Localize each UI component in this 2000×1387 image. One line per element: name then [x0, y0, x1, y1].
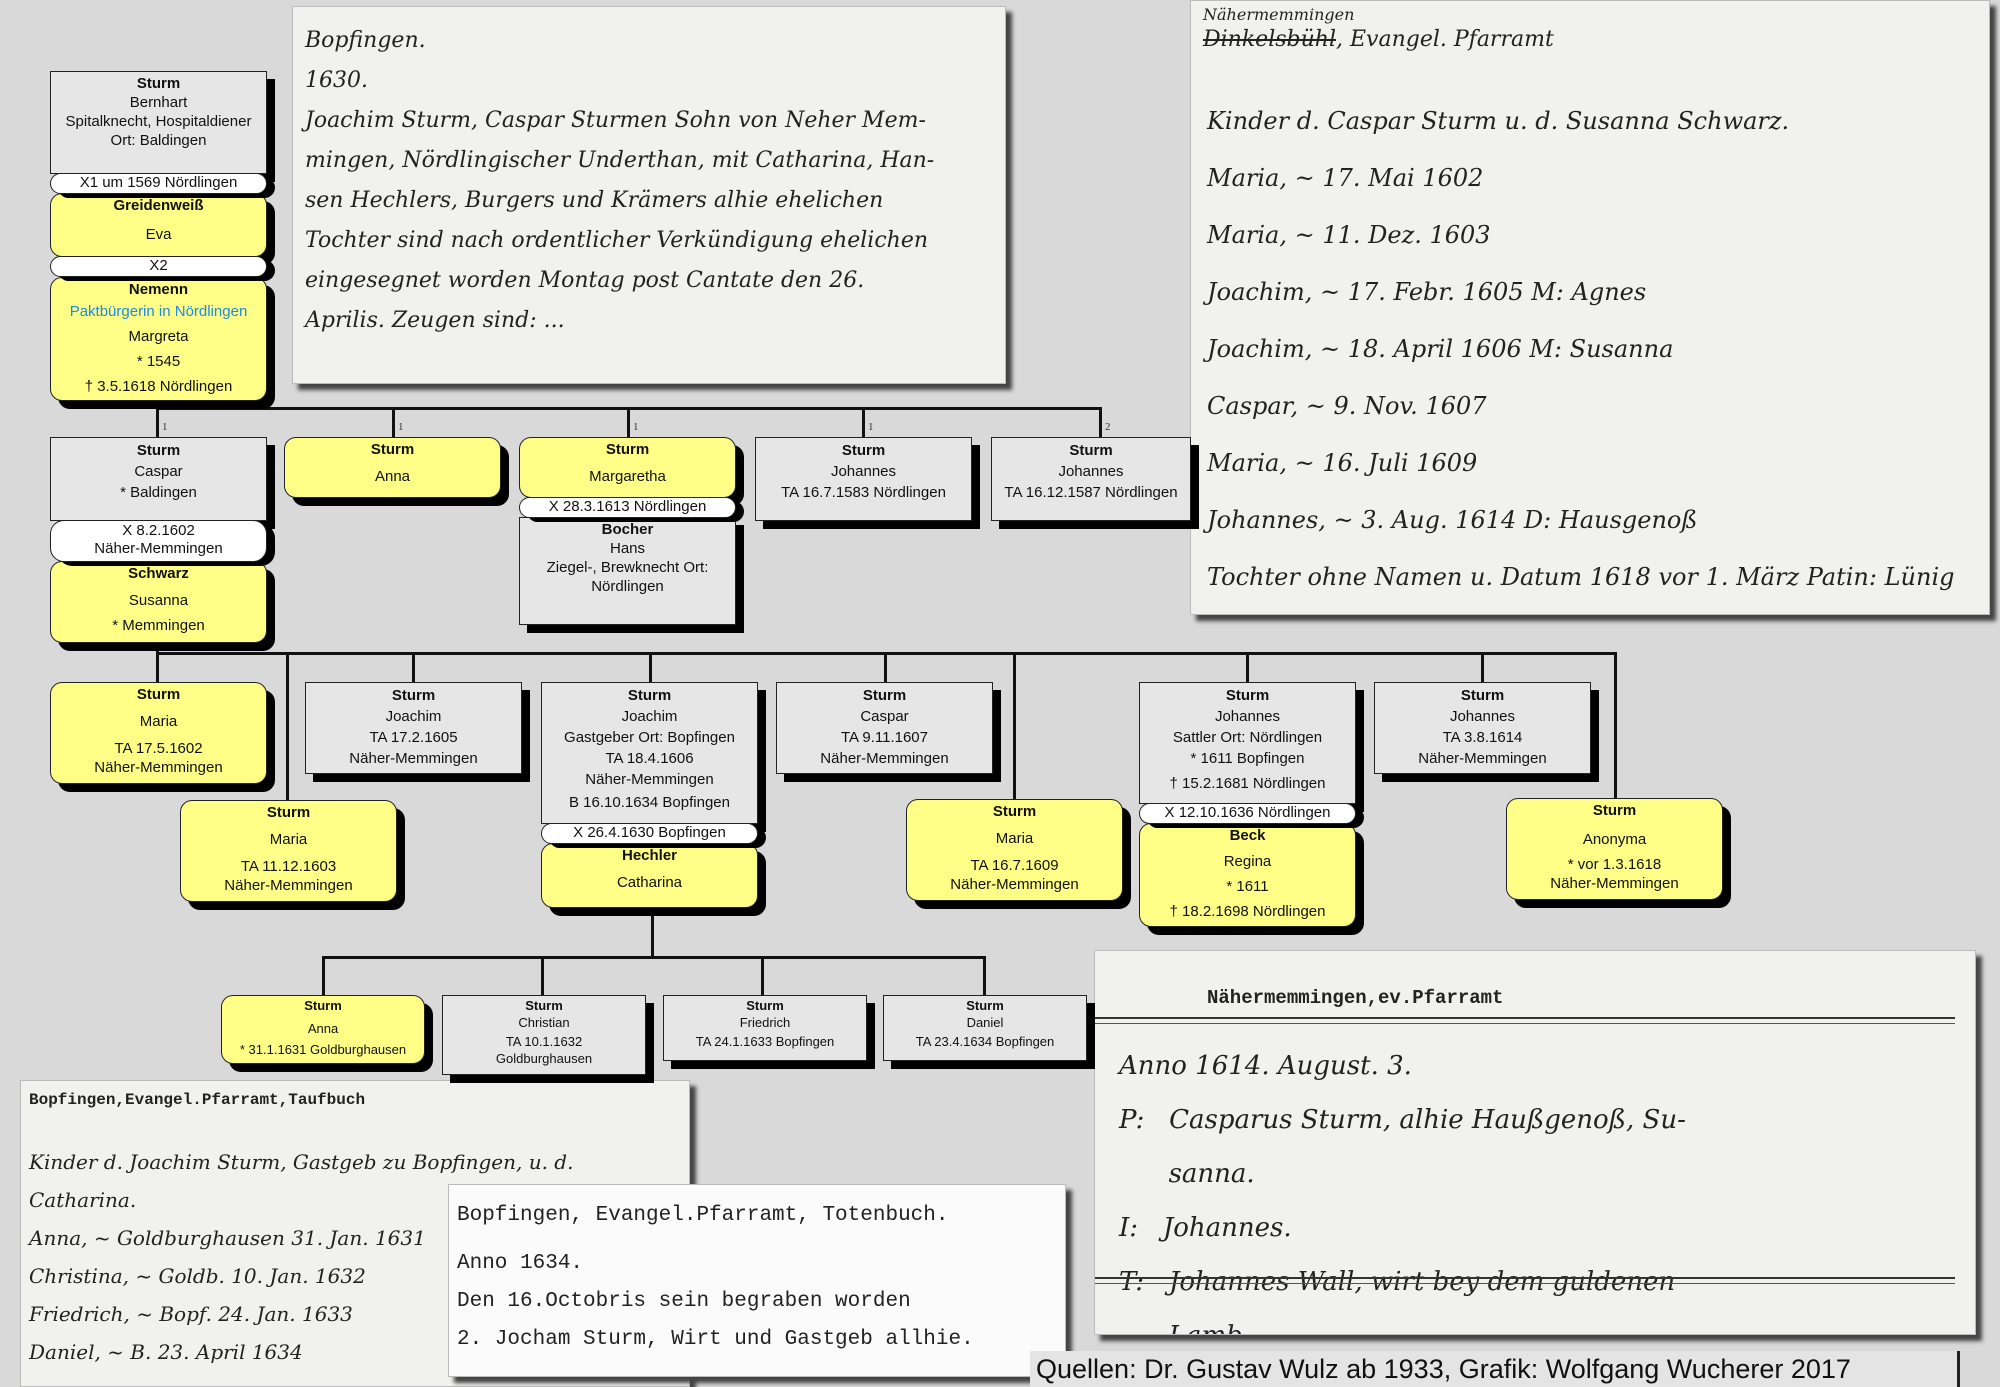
place: Näher-Memmingen	[306, 748, 521, 769]
given-name: Eva	[51, 225, 266, 244]
connector	[884, 652, 887, 682]
surname: Sturm	[306, 685, 521, 706]
surname: Sturm	[884, 997, 1086, 1014]
baptism: TA 16.7.1583 Nördlingen	[756, 482, 971, 503]
person-margreta-nemenn[interactable]: Nemenn Paktbürgerin in Nördlingen Margre…	[50, 277, 267, 401]
given-name: Friedrich	[664, 1014, 866, 1031]
marriage-mark: 1	[868, 421, 874, 433]
occupation: Ziegel-, Brewknecht Ort:	[520, 558, 735, 577]
baptism: TA 3.8.1614	[1375, 727, 1590, 748]
place: Näher-Memmingen	[777, 748, 992, 769]
connector	[322, 956, 986, 959]
given-name: Caspar	[777, 706, 992, 727]
surname: Sturm	[443, 997, 645, 1014]
connector	[862, 407, 865, 437]
scan-header-inserted: Nähermemmingen	[1203, 5, 1354, 24]
birth: * vor 1.3.1618	[1507, 855, 1722, 874]
birth: * Baldingen	[51, 482, 266, 503]
person-maria-sturm-1602[interactable]: Sturm Maria TA 17.5.1602 Näher-Memmingen	[50, 682, 267, 784]
connector	[322, 956, 325, 995]
given-name: Margreta	[51, 327, 266, 346]
given-name: Johannes	[1140, 706, 1355, 727]
place: Näher-Memmingen	[1507, 874, 1722, 893]
occupation: Sattler Ort: Nördlingen	[1140, 727, 1355, 748]
marriage-label: X 26.4.1630 Bopfingen	[541, 823, 758, 844]
scan-line: Bopfingen.	[305, 21, 934, 61]
baptism: TA 17.5.1602	[51, 739, 266, 758]
place: Nördlingen	[520, 577, 735, 596]
connector	[627, 407, 630, 437]
connector	[392, 407, 395, 437]
surname: Sturm	[181, 803, 396, 822]
person-maria-sturm-1609[interactable]: Sturm Maria TA 16.7.1609 Näher-Memmingen	[906, 799, 1123, 901]
place: Näher-Memmingen	[542, 769, 757, 790]
marriage-label: X2	[50, 256, 267, 277]
baptism: TA 17.2.1605	[306, 727, 521, 748]
marriage-label: X 28.3.1613 Nördlingen	[519, 497, 736, 518]
connector	[1481, 652, 1484, 682]
birth: * 1611 Bopfingen	[1140, 748, 1355, 769]
surname: Sturm	[907, 802, 1122, 821]
person-hans-bocher[interactable]: Bocher Hans Ziegel-, Brewknecht Ort: Nör…	[519, 517, 736, 625]
surname: Sturm	[1507, 801, 1722, 820]
person-susanna-schwarz[interactable]: Schwarz Susanna * Memmingen	[50, 561, 267, 643]
given-name: Maria	[907, 829, 1122, 848]
marriage-place: Näher-Memmingen	[51, 540, 266, 558]
place: Näher-Memmingen	[181, 876, 396, 895]
connector	[412, 652, 415, 682]
surname: Sturm	[520, 440, 735, 459]
given-name: Johannes	[756, 461, 971, 482]
marriage-date: X 8.2.1602	[51, 522, 266, 540]
scan-line: Caspar, ~ 9. Nov. 1607	[1207, 378, 1954, 435]
baptism: TA 23.4.1634 Bopfingen	[884, 1033, 1086, 1050]
given-name: Joachim	[542, 706, 757, 727]
birth: * 1545	[51, 352, 266, 371]
marriage-label: X 8.2.1602 Näher-Memmingen	[50, 520, 267, 562]
connector	[286, 652, 289, 802]
baptism: TA 24.1.1633 Bopfingen	[664, 1033, 866, 1050]
connector	[1013, 652, 1016, 800]
person-anna-sturm-1631[interactable]: Sturm Anna * 31.1.1631 Goldburghausen	[221, 995, 425, 1064]
burial: B 16.10.1634 Bopfingen	[542, 792, 757, 813]
connector	[651, 908, 654, 958]
scan-line: Tochter ohne Namen u. Datum 1618 vor 1. …	[1207, 549, 1954, 606]
scan-line: Maria, ~ 16. Juli 1609	[1207, 435, 1954, 492]
occupation: Gastgeber Ort: Bopfingen	[542, 727, 757, 748]
scan-header: Bopfingen, Evangel.Pfarramt, Totenbuch.	[457, 1197, 974, 1235]
connector	[649, 652, 652, 682]
person-caspar-sturm[interactable]: Sturm Caspar * Baldingen	[50, 437, 267, 521]
surname: Sturm	[51, 440, 266, 461]
baptism: TA 10.1.1632	[443, 1033, 645, 1050]
given-name: Margaretha	[520, 467, 735, 486]
divider	[1095, 1277, 1955, 1284]
surname: Sturm	[222, 997, 424, 1014]
given-name: Christian	[443, 1014, 645, 1031]
person-christian-sturm[interactable]: Sturm Christian TA 10.1.1632 Goldburghau…	[442, 995, 646, 1075]
death: † 3.5.1618 Nördlingen	[51, 377, 266, 396]
marriage-mark: 1	[633, 421, 639, 433]
person-caspar-sturm-1607[interactable]: Sturm Caspar TA 9.11.1607 Näher-Memminge…	[776, 682, 993, 774]
person-joachim-sturm-1606[interactable]: Sturm Joachim Gastgeber Ort: Bopfingen T…	[541, 682, 758, 824]
surname: Beck	[1140, 826, 1355, 846]
surname: Bocher	[520, 520, 735, 539]
scan-line: 1630.	[305, 61, 934, 101]
surname: Sturm	[1375, 685, 1590, 706]
scan-line: Joachim, ~ 17. Febr. 1605 M: Agnes	[1207, 264, 1954, 321]
scan-line: Kinder d. Joachim Sturm, Gastgeb zu Bopf…	[29, 1143, 573, 1181]
connector	[761, 956, 764, 995]
place: Näher-Memmingen	[51, 758, 266, 777]
scan-line: Joachim, ~ 18. April 1606 M: Susanna	[1207, 321, 1954, 378]
person-eva-greidenweiss[interactable]: Greidenweiß Eva	[50, 193, 267, 257]
scan-bopfingen-totenbuch: Bopfingen, Evangel.Pfarramt, Totenbuch. …	[448, 1184, 1066, 1377]
scan-line: sanna.	[1119, 1147, 1686, 1201]
person-johannes-sturm-1583[interactable]: Sturm Johannes TA 16.7.1583 Nördlingen	[755, 437, 972, 521]
occupation: Spitalknecht, Hospitaldiener	[51, 112, 266, 131]
given-name: Bernhart	[51, 93, 266, 112]
connector	[541, 956, 544, 995]
person-anonyma-sturm[interactable]: Sturm Anonyma * vor 1.3.1618 Näher-Memmi…	[1506, 798, 1723, 900]
scan-line: Anno 1634.	[457, 1245, 974, 1283]
connector	[156, 642, 159, 684]
surname: Sturm	[756, 440, 971, 461]
given-name: Hans	[520, 539, 735, 558]
given-name: Catharina	[542, 873, 757, 892]
connector	[983, 956, 986, 995]
scan-naehermemmingen-typed: Nähermemmingen,ev.Pfarramt Anno 1614. Au…	[1094, 950, 1976, 1335]
surname: Sturm	[664, 997, 866, 1014]
credit-caption: Quellen: Dr. Gustav Wulz ab 1933, Grafik…	[1030, 1351, 1960, 1387]
surname: Schwarz	[51, 564, 266, 583]
scan-line: I: Johannes.	[1119, 1201, 1686, 1255]
person-bernhart-sturm[interactable]: Sturm Bernhart Spitalknecht, Hospitaldie…	[50, 71, 267, 174]
connector	[1614, 652, 1617, 800]
connector	[1246, 652, 1249, 682]
baptism: TA 16.12.1587 Nördlingen	[992, 482, 1190, 503]
birth: * Memmingen	[51, 616, 266, 635]
person-johannes-sturm-1611[interactable]: Sturm Johannes Sattler Ort: Nördlingen *…	[1139, 682, 1356, 804]
surname: Greidenweiß	[51, 196, 266, 215]
given-name: Maria	[51, 712, 266, 731]
scan-header-rest: , Evangel. Pfarramt	[1336, 27, 1554, 52]
person-johannes-sturm-1614[interactable]: Sturm Johannes TA 3.8.1614 Näher-Memming…	[1374, 682, 1591, 774]
given-name: Susanna	[51, 591, 266, 610]
marriage-mark: 2	[1105, 421, 1111, 433]
scan-line: Lamb.	[1119, 1309, 1686, 1335]
scan-header-struck: Dinkelsbühl	[1203, 27, 1336, 52]
death: † 18.2.1698 Nördlingen	[1140, 902, 1355, 922]
given-name: Anna	[222, 1020, 424, 1037]
person-friedrich-sturm[interactable]: Sturm Friedrich TA 24.1.1633 Bopfingen	[663, 995, 867, 1061]
scan-line: Kinder d. Caspar Sturm u. d. Susanna Sch…	[1207, 93, 1954, 150]
scan-line: P: Casparus Sturm, alhie Haußgenoß, Su-	[1119, 1093, 1686, 1147]
person-catharina-hechler[interactable]: Hechler Catharina	[541, 843, 758, 908]
given-name: Joachim	[306, 706, 521, 727]
given-name: Johannes	[1375, 706, 1590, 727]
marriage-mark: 1	[398, 421, 404, 433]
scan-bopfingen-marriage-1630: Bopfingen. 1630. Joachim Sturm, Caspar S…	[292, 6, 1006, 384]
scan-header: Bopfingen,Evangel.Pfarramt,Taufbuch	[29, 1091, 365, 1109]
surname: Sturm	[51, 685, 266, 704]
given-name: Anna	[285, 467, 500, 486]
death: † 15.2.1681 Nördlingen	[1140, 773, 1355, 794]
divider	[1095, 1017, 1955, 1024]
place: Goldburghausen	[443, 1050, 645, 1067]
given-name: Anonyma	[1507, 830, 1722, 849]
connector	[1099, 407, 1102, 437]
surname: Sturm	[51, 74, 266, 93]
given-name: Daniel	[884, 1014, 1086, 1031]
scan-line: mingen, Nördlingischer Underthan, mit Ca…	[305, 141, 934, 181]
marriage-label: X1 um 1569 Nördlingen	[50, 173, 267, 194]
scan-line: eingesegnet worden Montag post Cantate d…	[305, 261, 934, 301]
scan-line: Anno 1614. August. 3.	[1119, 1039, 1686, 1093]
surname: Sturm	[542, 685, 757, 706]
birth: * 31.1.1631 Goldburghausen	[222, 1041, 424, 1058]
surname: Sturm	[285, 440, 500, 459]
marriage-label: X 12.10.1636 Nördlingen	[1139, 803, 1356, 824]
scan-line: Aprilis. Zeugen sind: ...	[305, 301, 934, 341]
baptism: TA 16.7.1609	[907, 856, 1122, 875]
baptism: TA 11.12.1603	[181, 857, 396, 876]
person-maria-sturm-1603[interactable]: Sturm Maria TA 11.12.1603 Näher-Memminge…	[180, 800, 397, 902]
scan-line: Johannes, ~ 3. Aug. 1614 D: Hausgenoß	[1207, 492, 1954, 549]
scan-header: Nähermemmingen,ev.Pfarramt	[1207, 987, 1503, 1009]
place: Näher-Memmingen	[907, 875, 1122, 894]
birth: * 1611	[1140, 877, 1355, 897]
place: Näher-Memmingen	[1375, 748, 1590, 769]
surname: Sturm	[1140, 685, 1355, 706]
surname: Nemenn	[51, 280, 266, 299]
connector	[156, 400, 159, 437]
scan-line: Maria, ~ 17. Mai 1602	[1207, 150, 1954, 207]
given-name: Maria	[181, 830, 396, 849]
person-joachim-sturm-1605[interactable]: Sturm Joachim TA 17.2.1605 Näher-Memming…	[305, 682, 522, 774]
marriage-mark: 1	[162, 421, 168, 433]
given-name: Regina	[1140, 852, 1355, 872]
person-margaretha-sturm[interactable]: Sturm Margaretha	[519, 437, 736, 498]
scan-line: sen Hechlers, Burgers und Krämers alhie …	[305, 181, 934, 221]
person-anna-sturm[interactable]: Sturm Anna	[284, 437, 501, 498]
place: Ort: Baldingen	[51, 131, 266, 150]
given-name: Johannes	[992, 461, 1190, 482]
person-regina-beck[interactable]: Beck Regina * 1611 † 18.2.1698 Nördlinge…	[1139, 823, 1356, 927]
baptism: TA 18.4.1606	[542, 748, 757, 769]
person-daniel-sturm[interactable]: Sturm Daniel TA 23.4.1634 Bopfingen	[883, 995, 1087, 1061]
person-johannes-sturm-1587[interactable]: Sturm Johannes TA 16.12.1587 Nördlingen	[991, 437, 1191, 521]
scan-line: Maria, ~ 11. Dez. 1603	[1207, 207, 1954, 264]
scan-line: Den 16.Octobris sein begraben worden	[457, 1283, 974, 1321]
surname: Sturm	[992, 440, 1190, 461]
scan-line: Joachim Sturm, Caspar Sturmen Sohn von N…	[305, 101, 934, 141]
surname: Sturm	[777, 685, 992, 706]
scan-line: 2. Jocham Sturm, Wirt und Gastgeb allhie…	[457, 1321, 974, 1359]
given-name: Caspar	[51, 461, 266, 482]
note: Paktbürgerin in Nördlingen	[51, 302, 266, 321]
baptism: TA 9.11.1607	[777, 727, 992, 748]
scan-line: Tochter sind nach ordentlicher Verkündig…	[305, 221, 934, 261]
surname: Hechler	[542, 846, 757, 865]
scan-naehermemmingen-baptisms: Nähermemmingen Dinkelsbühl, Evangel. Pfa…	[1190, 0, 1990, 615]
